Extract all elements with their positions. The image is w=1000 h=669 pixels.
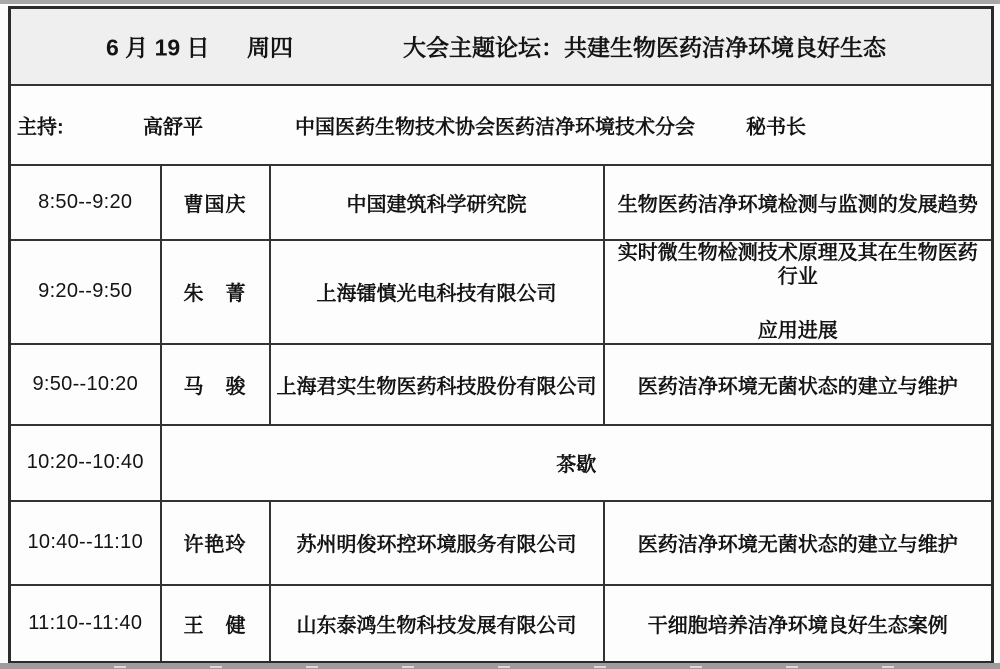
conference-schedule-table: 6 月 19 日 周四 大会主题论坛：共建生物医药洁净环境良好生态 主持: 高舒… bbox=[8, 6, 994, 664]
table-row-tea-break: 10:20--10:40 茶歇 bbox=[10, 425, 993, 501]
speaker-cell: 朱 菁 bbox=[161, 240, 270, 344]
table-row: 10:40--11:10 许艳玲 苏州明俊环控环境服务有限公司 医药洁净环境无菌… bbox=[10, 501, 993, 585]
host-role: 秘书长 bbox=[746, 110, 806, 139]
tea-break-cell: 茶歇 bbox=[161, 425, 993, 501]
time-cell: 11:10--11:40 bbox=[10, 585, 161, 663]
time-cell: 8:50--9:20 bbox=[10, 165, 161, 240]
table-row: 9:20--9:50 朱 菁 上海镭慎光电科技有限公司 实时微生物检测技术原理及… bbox=[10, 240, 993, 344]
time-cell: 9:50--10:20 bbox=[10, 344, 161, 425]
table-row: 9:50--10:20 马 骏 上海君实生物医药科技股份有限公司 医药洁净环境无… bbox=[10, 344, 993, 425]
company-cell: 上海君实生物医药科技股份有限公司 bbox=[270, 344, 604, 425]
time-cell: 9:20--9:50 bbox=[10, 240, 161, 344]
host-cell: 主持: 高舒平 中国医药生物技术协会医药洁净环境技术分会 秘书长 bbox=[10, 85, 993, 165]
time-cell: 10:20--10:40 bbox=[10, 425, 161, 501]
page: { "header": { "date": "6 月 19 日", "weekd… bbox=[0, 0, 1000, 669]
host-name: 高舒平 bbox=[143, 110, 203, 139]
topic-cell: 生物医药洁净环境检测与监测的发展趋势 bbox=[604, 165, 993, 240]
table-row-host: 主持: 高舒平 中国医药生物技术协会医药洁净环境技术分会 秘书长 bbox=[10, 85, 993, 165]
topic-cell: 实时微生物检测技术原理及其在生物医药行业 应用进展 bbox=[604, 240, 993, 344]
screenshot-top-edge-band bbox=[0, 0, 1000, 4]
forum-title: 大会主题论坛：共建生物医药洁净环境良好生态 bbox=[403, 30, 886, 63]
company-cell: 上海镭慎光电科技有限公司 bbox=[270, 240, 604, 344]
speaker-cell: 许艳玲 bbox=[161, 501, 270, 585]
session-date: 6 月 19 日 bbox=[106, 30, 210, 63]
topic-line: 应用进展 bbox=[758, 319, 838, 343]
topic-cell: 医药洁净环境无菌状态的建立与维护 bbox=[604, 501, 993, 585]
company-cell: 苏州明俊环控环境服务有限公司 bbox=[270, 501, 604, 585]
host-organization: 中国医药生物技术协会医药洁净环境技术分会 bbox=[295, 110, 695, 139]
header-cell: 6 月 19 日 周四 大会主题论坛：共建生物医药洁净环境良好生态 bbox=[10, 8, 993, 85]
time-cell: 10:40--11:10 bbox=[10, 501, 161, 585]
topic-line: 实时微生物检测技术原理及其在生物医药行业 bbox=[609, 241, 988, 289]
speaker-cell: 曹国庆 bbox=[161, 165, 270, 240]
screenshot-bottom-edge-band bbox=[0, 663, 1000, 669]
table-row: 11:10--11:40 王 健 山东泰鸿生物科技发展有限公司 干细胞培养洁净环… bbox=[10, 585, 993, 663]
host-label: 主持: bbox=[17, 110, 64, 139]
table-row: 8:50--9:20 曹国庆 中国建筑科学研究院 生物医药洁净环境检测与监测的发… bbox=[10, 165, 993, 240]
table-row-header: 6 月 19 日 周四 大会主题论坛：共建生物医药洁净环境良好生态 bbox=[10, 8, 993, 85]
topic-cell: 干细胞培养洁净环境良好生态案例 bbox=[604, 585, 993, 663]
company-cell: 山东泰鸿生物科技发展有限公司 bbox=[270, 585, 604, 663]
session-weekday: 周四 bbox=[247, 30, 293, 63]
company-cell: 中国建筑科学研究院 bbox=[270, 165, 604, 240]
speaker-cell: 马 骏 bbox=[161, 344, 270, 425]
speaker-cell: 王 健 bbox=[161, 585, 270, 663]
topic-cell: 医药洁净环境无菌状态的建立与维护 bbox=[604, 344, 993, 425]
